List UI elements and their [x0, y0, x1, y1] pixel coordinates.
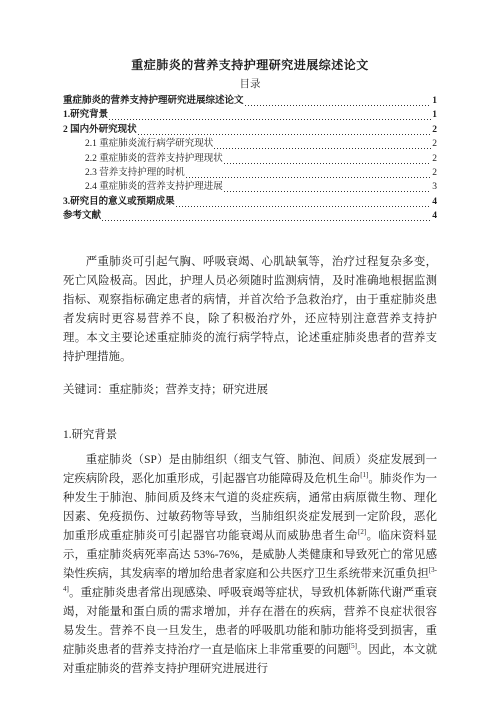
toc-entry-label: 参考文献: [63, 209, 101, 223]
toc-page-number: 2: [432, 152, 437, 166]
toc-page-number: 1: [432, 108, 437, 122]
toc-leader-dots: [186, 166, 431, 180]
toc-entry[interactable]: 2.1 重症肺炎流行病学研究现状2: [63, 137, 437, 151]
document-title: 重症肺炎的营养支持护理研究进展综述论文: [63, 58, 437, 73]
toc-page-number: 4: [432, 195, 437, 209]
toc-leader-dots: [102, 209, 431, 223]
toc-page-number: 2: [432, 123, 437, 137]
toc-page-number: 4: [432, 209, 437, 223]
toc-entry[interactable]: 2.4 重症肺炎的营养支持护理进展3: [63, 180, 437, 194]
citation-marker: [2]: [358, 528, 366, 536]
toc-entry-label: 1.研究背景: [63, 108, 108, 122]
toc-leader-dots: [224, 180, 431, 194]
document-page: 重症肺炎的营养支持护理研究进展综述论文 目录 重症肺炎的营养支持护理研究进展综述…: [0, 0, 500, 707]
toc-entry-label: 2.4 重症肺炎的营养支持护理进展: [85, 180, 223, 194]
table-of-contents: 重症肺炎的营养支持护理研究进展综述论文11.研究背景12 国内外研究现状22.1…: [63, 94, 437, 224]
section-1-heading: 1.研究背景: [63, 426, 437, 445]
toc-heading: 目录: [63, 78, 437, 91]
toc-leader-dots: [138, 123, 432, 137]
toc-leader-dots: [214, 137, 431, 151]
toc-leader-dots: [109, 108, 431, 122]
toc-leader-dots: [224, 152, 431, 166]
keywords-line: 关键词：重症肺炎；营养支持；研究进展: [63, 381, 437, 400]
toc-page-number: 1: [432, 94, 437, 108]
citation-marker: [5]: [349, 642, 357, 650]
toc-entry[interactable]: 重症肺炎的营养支持护理研究进展综述论文1: [63, 94, 437, 108]
toc-page-number: 2: [432, 137, 437, 151]
toc-entry-label: 2.2 重症肺炎的营养支持护理现状: [85, 152, 223, 166]
abstract-paragraph: 严重肺炎可引起气胸、呼吸衰竭、心肌缺氧等，治疗过程复杂多变，死亡风险极高。因此，…: [63, 253, 437, 367]
toc-entry[interactable]: 2.2 重症肺炎的营养支持护理现状2: [63, 152, 437, 166]
toc-entry-label: 3.研究目的意义或预期成果: [63, 195, 175, 209]
toc-entry[interactable]: 1.研究背景1: [63, 108, 437, 122]
toc-entry[interactable]: 参考文献4: [63, 209, 437, 223]
toc-entry[interactable]: 2 国内外研究现状2: [63, 123, 437, 137]
toc-entry-label: 2.3 营养支持护理的时机: [85, 166, 185, 180]
toc-entry-label: 重症肺炎的营养支持护理研究进展综述论文: [63, 94, 244, 108]
section-1-paragraph: 重症肺炎（SP）是由肺组织（细支气管、肺泡、间质）炎症发展到一定疾病阶段，恶化加…: [63, 451, 437, 679]
toc-entry-label: 2.1 重症肺炎流行病学研究现状: [85, 137, 213, 151]
toc-leader-dots: [245, 94, 432, 108]
toc-page-number: 2: [432, 166, 437, 180]
toc-entry[interactable]: 2.3 营养支持护理的时机2: [63, 166, 437, 180]
toc-page-number: 3: [432, 180, 437, 194]
toc-entry-label: 2 国内外研究现状: [63, 123, 137, 137]
toc-leader-dots: [176, 195, 432, 209]
toc-entry[interactable]: 3.研究目的意义或预期成果4: [63, 195, 437, 209]
